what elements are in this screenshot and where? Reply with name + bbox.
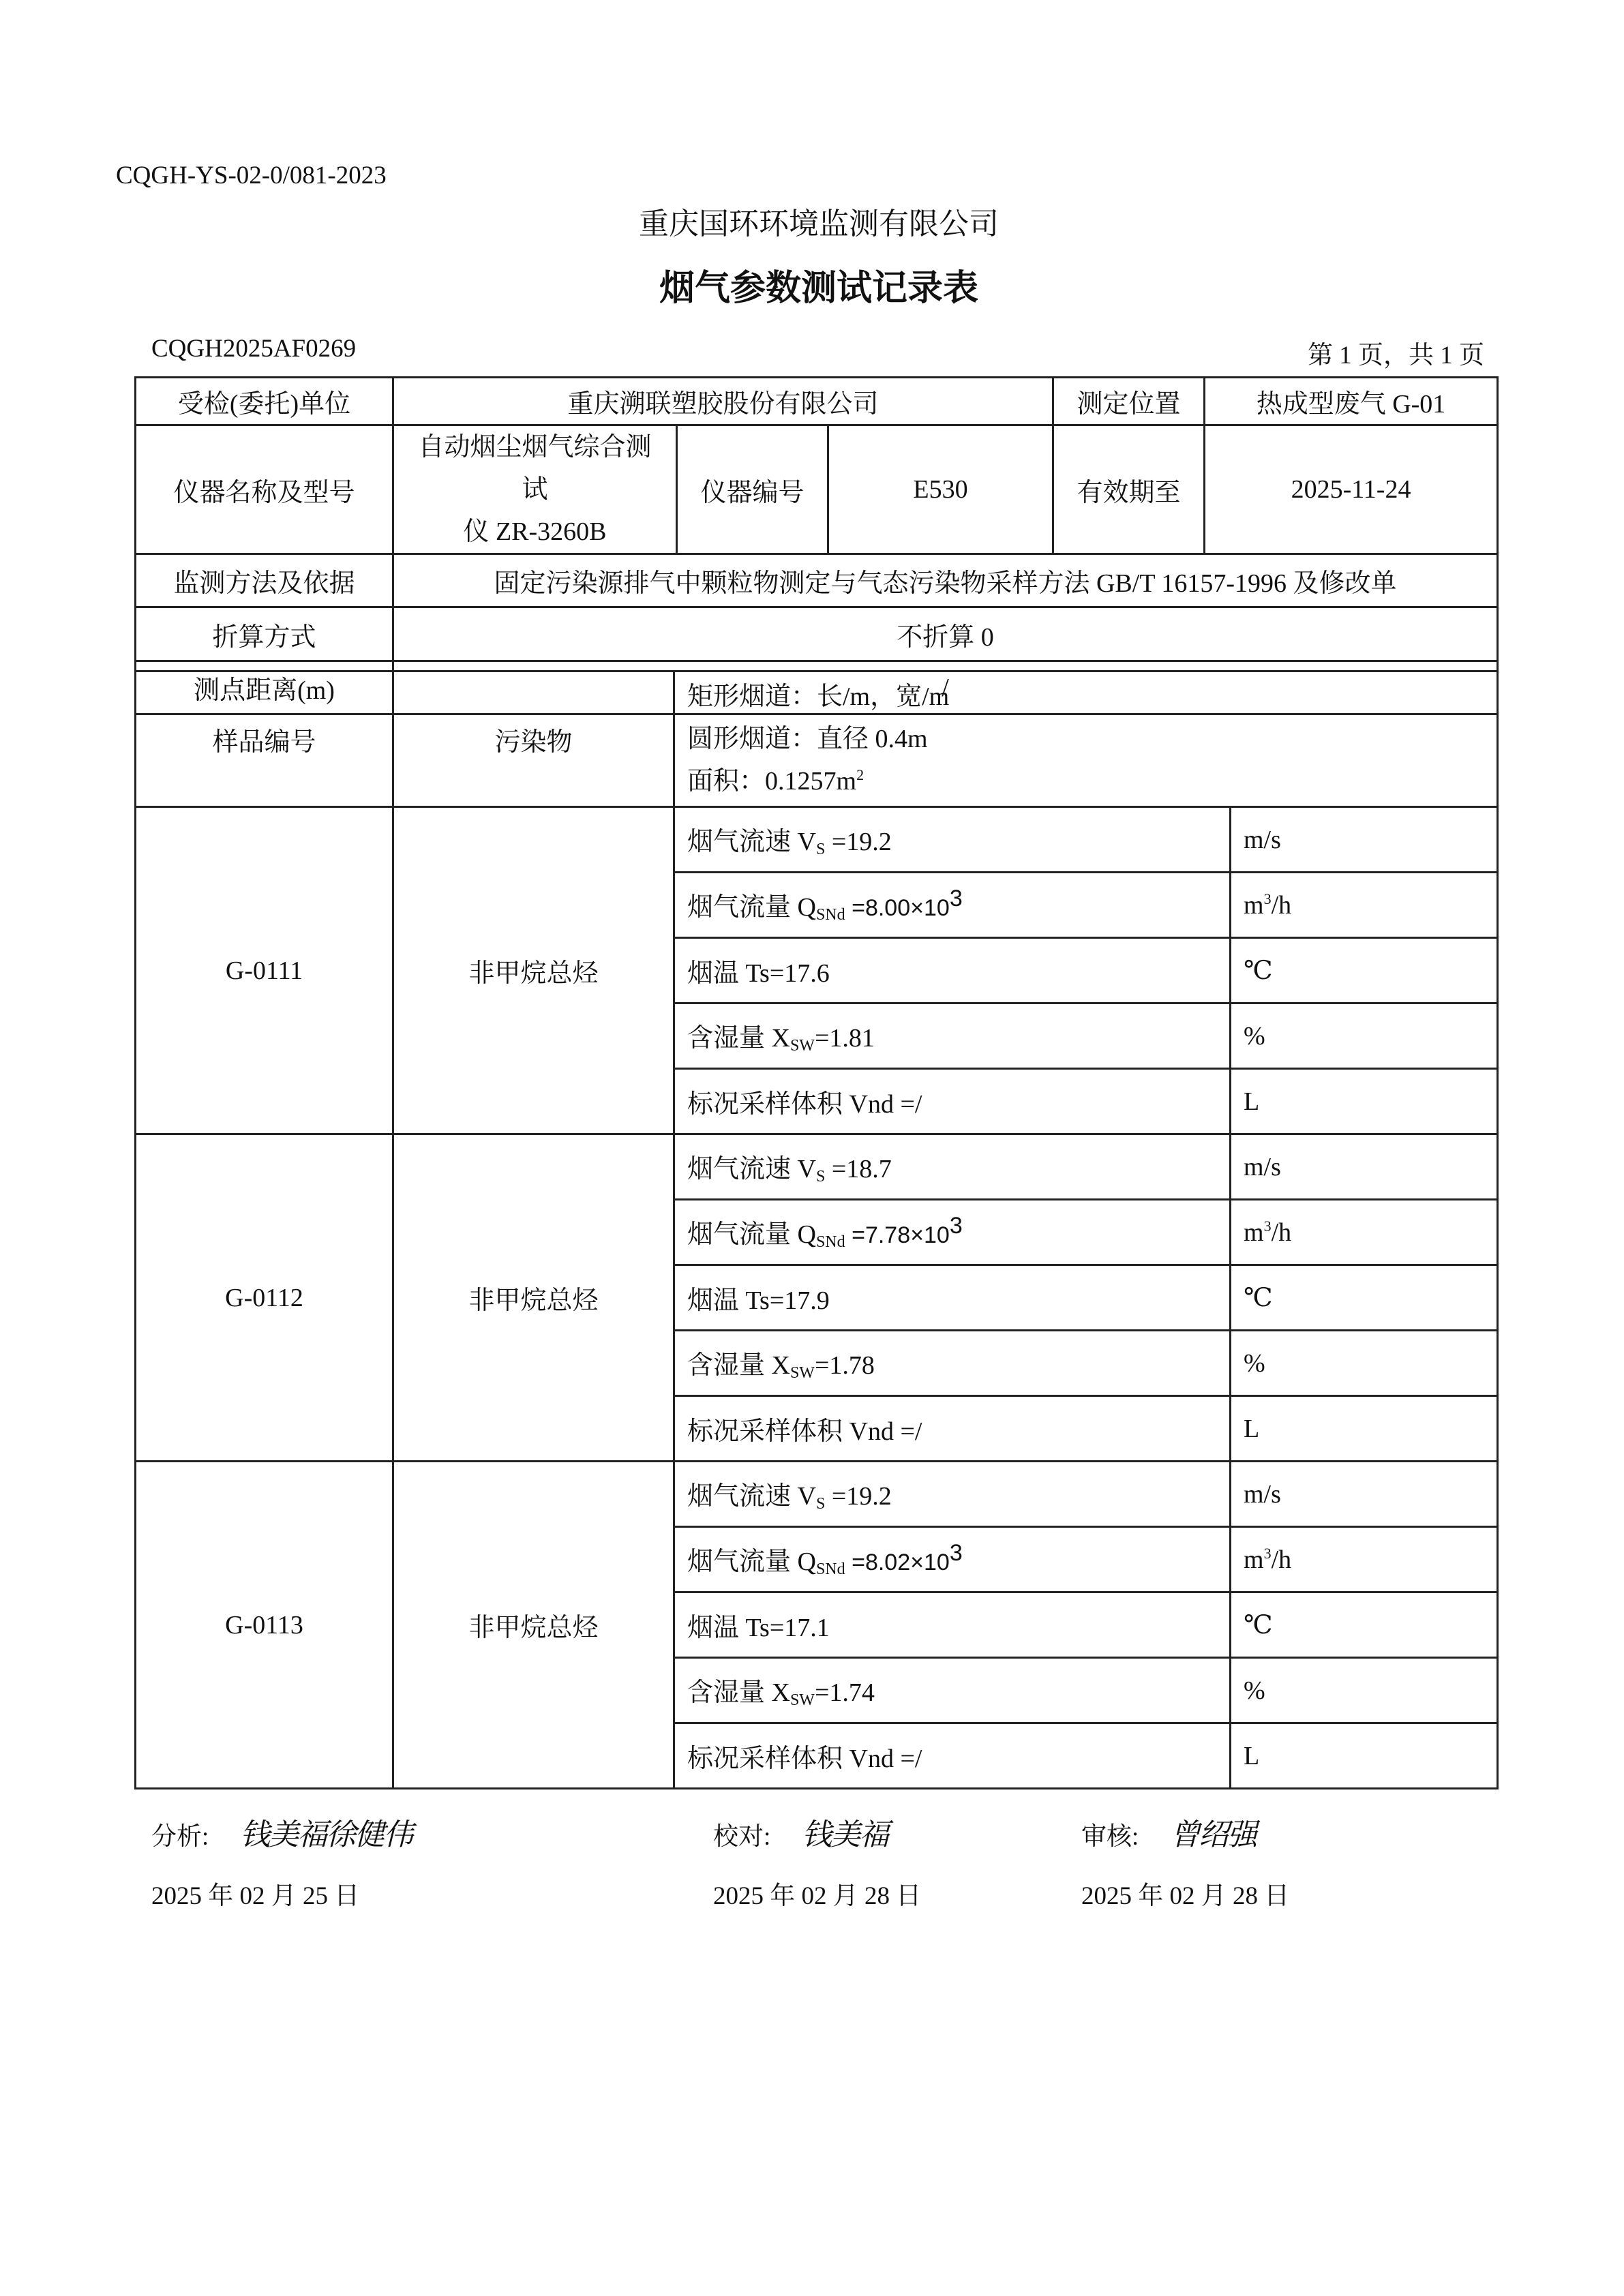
flow-velocity: 烟气流速 VS =18.7 bbox=[674, 1134, 1231, 1200]
reviewer-label: 审核: bbox=[1081, 1823, 1139, 1851]
instrument-name: 自动烟尘烟气综合测试 bbox=[406, 426, 663, 511]
unit-temperature: ℃ bbox=[1231, 938, 1498, 1003]
duct-rect: 矩形烟道：长/m，宽/m bbox=[687, 676, 1484, 718]
analyst-date: 2025 年 02 月 25 日 bbox=[151, 1875, 359, 1912]
samples-table: 样品编号 污染物 矩形烟道：长/m，宽/m 圆形烟道：直径 0.4m 面积：0.… bbox=[134, 670, 1499, 808]
instrument-model: 仪 ZR-3260B bbox=[406, 511, 663, 553]
moisture-content: 含湿量 XSW=1.78 bbox=[674, 1331, 1231, 1396]
client-label: 受检(委托)单位 bbox=[136, 378, 393, 425]
analyst-signature: 钱美福徐健伟 bbox=[240, 1817, 412, 1852]
sample-id: G-0113 bbox=[136, 1462, 393, 1789]
location-label: 测定位置 bbox=[1053, 378, 1205, 425]
sample-block: G-0112非甲烷总烃烟气流速 VS =18.7m/s烟气流量 QSNd =7.… bbox=[134, 1133, 1499, 1462]
client-value: 重庆溯联塑胶股份有限公司 bbox=[393, 378, 1053, 425]
table-row: G-0112非甲烷总烃烟气流速 VS =18.7m/s bbox=[136, 1134, 1498, 1200]
reviewer-signature-block: 审核:曾绍强 bbox=[1081, 1810, 1256, 1854]
flow-rate: 烟气流量 QSNd =7.78×103 bbox=[674, 1200, 1231, 1265]
row-client: 受检(委托)单位 重庆溯联塑胶股份有限公司 测定位置 热成型废气 G-01 bbox=[136, 378, 1498, 425]
conversion-value: 不折算 0 bbox=[393, 607, 1498, 661]
unit-moisture: % bbox=[1231, 1658, 1498, 1723]
location-value: 热成型废气 G-01 bbox=[1205, 378, 1498, 425]
instrument-no-value: E530 bbox=[828, 425, 1053, 554]
info-table: 受检(委托)单位 重庆溯联塑胶股份有限公司 测定位置 热成型废气 G-01 仪器… bbox=[134, 376, 1499, 715]
reviewer-signature: 曾绍强 bbox=[1170, 1817, 1256, 1852]
page-info: 第 1 页，共 1 页 bbox=[1308, 334, 1484, 371]
sample-block: G-0111非甲烷总烃烟气流速 VS =19.2m/s烟气流量 QSNd =8.… bbox=[134, 806, 1499, 1135]
pollutant: 非甲烷总烃 bbox=[393, 807, 674, 1134]
flue-temperature: 烟温 Ts=17.6 bbox=[674, 938, 1231, 1003]
unit-volume: L bbox=[1231, 1396, 1498, 1462]
flow-rate: 烟气流量 QSNd =8.02×103 bbox=[674, 1527, 1231, 1592]
unit-moisture: % bbox=[1231, 1003, 1498, 1069]
pollutant-label: 污染物 bbox=[393, 671, 674, 807]
document-code: CQGH-YS-02-0/081-2023 bbox=[116, 161, 387, 190]
valid-until-value: 2025-11-24 bbox=[1205, 425, 1498, 554]
unit-temperature: ℃ bbox=[1231, 1592, 1498, 1658]
flue-temperature: 烟温 Ts=17.9 bbox=[674, 1265, 1231, 1331]
page-title: 烟气参数测试记录表 bbox=[0, 259, 1624, 310]
flow-velocity: 烟气流速 VS =19.2 bbox=[674, 1462, 1231, 1527]
sampling-volume: 标况采样体积 Vnd =/ bbox=[674, 1396, 1231, 1462]
unit-moisture: % bbox=[1231, 1331, 1498, 1396]
checker-signature-block: 校对:钱美福 bbox=[713, 1810, 888, 1854]
sample-id: G-0111 bbox=[136, 807, 393, 1134]
unit-flow-rate: m3/h bbox=[1231, 873, 1498, 938]
moisture-content: 含湿量 XSW=1.74 bbox=[674, 1658, 1231, 1723]
unit-velocity: m/s bbox=[1231, 1134, 1498, 1200]
checker-signature: 钱美福 bbox=[802, 1817, 888, 1852]
unit-volume: L bbox=[1231, 1723, 1498, 1789]
reviewer-date: 2025 年 02 月 28 日 bbox=[1081, 1875, 1289, 1912]
method-label: 监测方法及依据 bbox=[136, 554, 393, 607]
unit-flow-rate: m3/h bbox=[1231, 1200, 1498, 1265]
instrument-no-label: 仪器编号 bbox=[677, 425, 828, 554]
checker-label: 校对: bbox=[713, 1823, 770, 1851]
analyst-label: 分析: bbox=[151, 1823, 209, 1851]
instrument-label: 仪器名称及型号 bbox=[136, 425, 393, 554]
flow-velocity: 烟气流速 VS =19.2 bbox=[674, 807, 1231, 873]
flow-rate: 烟气流量 QSNd =8.00×103 bbox=[674, 873, 1231, 938]
moisture-content: 含湿量 XSW=1.81 bbox=[674, 1003, 1231, 1069]
row-instrument: 仪器名称及型号 自动烟尘烟气综合测试 仪 ZR-3260B 仪器编号 E530 … bbox=[136, 425, 1498, 554]
duct-area: 面积：0.1257m2 bbox=[687, 760, 1484, 802]
table-row: G-0113非甲烷总烃烟气流速 VS =19.2m/s bbox=[136, 1462, 1498, 1527]
checker-date: 2025 年 02 月 28 日 bbox=[713, 1875, 921, 1912]
row-method: 监测方法及依据 固定污染源排气中颗粒物测定与气态污染物采样方法 GB/T 161… bbox=[136, 554, 1498, 607]
company-name: 重庆国环环境监测有限公司 bbox=[0, 199, 1624, 243]
instrument-value: 自动烟尘烟气综合测试 仪 ZR-3260B bbox=[393, 425, 677, 554]
sampling-volume: 标况采样体积 Vnd =/ bbox=[674, 1723, 1231, 1789]
unit-velocity: m/s bbox=[1231, 1462, 1498, 1527]
sample-block: G-0113非甲烷总烃烟气流速 VS =19.2m/s烟气流量 QSNd =8.… bbox=[134, 1460, 1499, 1789]
analyst-signature-block: 分析:钱美福徐健伟 bbox=[151, 1810, 412, 1854]
duct-round: 圆形烟道：直径 0.4m bbox=[687, 718, 1484, 760]
pollutant: 非甲烷总烃 bbox=[393, 1134, 674, 1462]
duct-info: 矩形烟道：长/m，宽/m 圆形烟道：直径 0.4m 面积：0.1257m2 bbox=[674, 671, 1498, 807]
conversion-label: 折算方式 bbox=[136, 607, 393, 661]
method-value: 固定污染源排气中颗粒物测定与气态污染物采样方法 GB/T 16157-1996 … bbox=[393, 554, 1498, 607]
valid-until-label: 有效期至 bbox=[1053, 425, 1205, 554]
unit-velocity: m/s bbox=[1231, 807, 1498, 873]
sampling-volume: 标况采样体积 Vnd =/ bbox=[674, 1069, 1231, 1134]
unit-flow-rate: m3/h bbox=[1231, 1527, 1498, 1592]
row-sample-header: 样品编号 污染物 矩形烟道：长/m，宽/m 圆形烟道：直径 0.4m 面积：0.… bbox=[136, 671, 1498, 807]
sample-id: G-0112 bbox=[136, 1134, 393, 1462]
table-row: G-0111非甲烷总烃烟气流速 VS =19.2m/s bbox=[136, 807, 1498, 873]
sample-no-label: 样品编号 bbox=[136, 671, 393, 807]
flue-temperature: 烟温 Ts=17.1 bbox=[674, 1592, 1231, 1658]
unit-volume: L bbox=[1231, 1069, 1498, 1134]
unit-temperature: ℃ bbox=[1231, 1265, 1498, 1331]
pollutant: 非甲烷总烃 bbox=[393, 1462, 674, 1789]
report-number: CQGH2025AF0269 bbox=[151, 334, 356, 363]
row-conversion: 折算方式 不折算 0 bbox=[136, 607, 1498, 661]
